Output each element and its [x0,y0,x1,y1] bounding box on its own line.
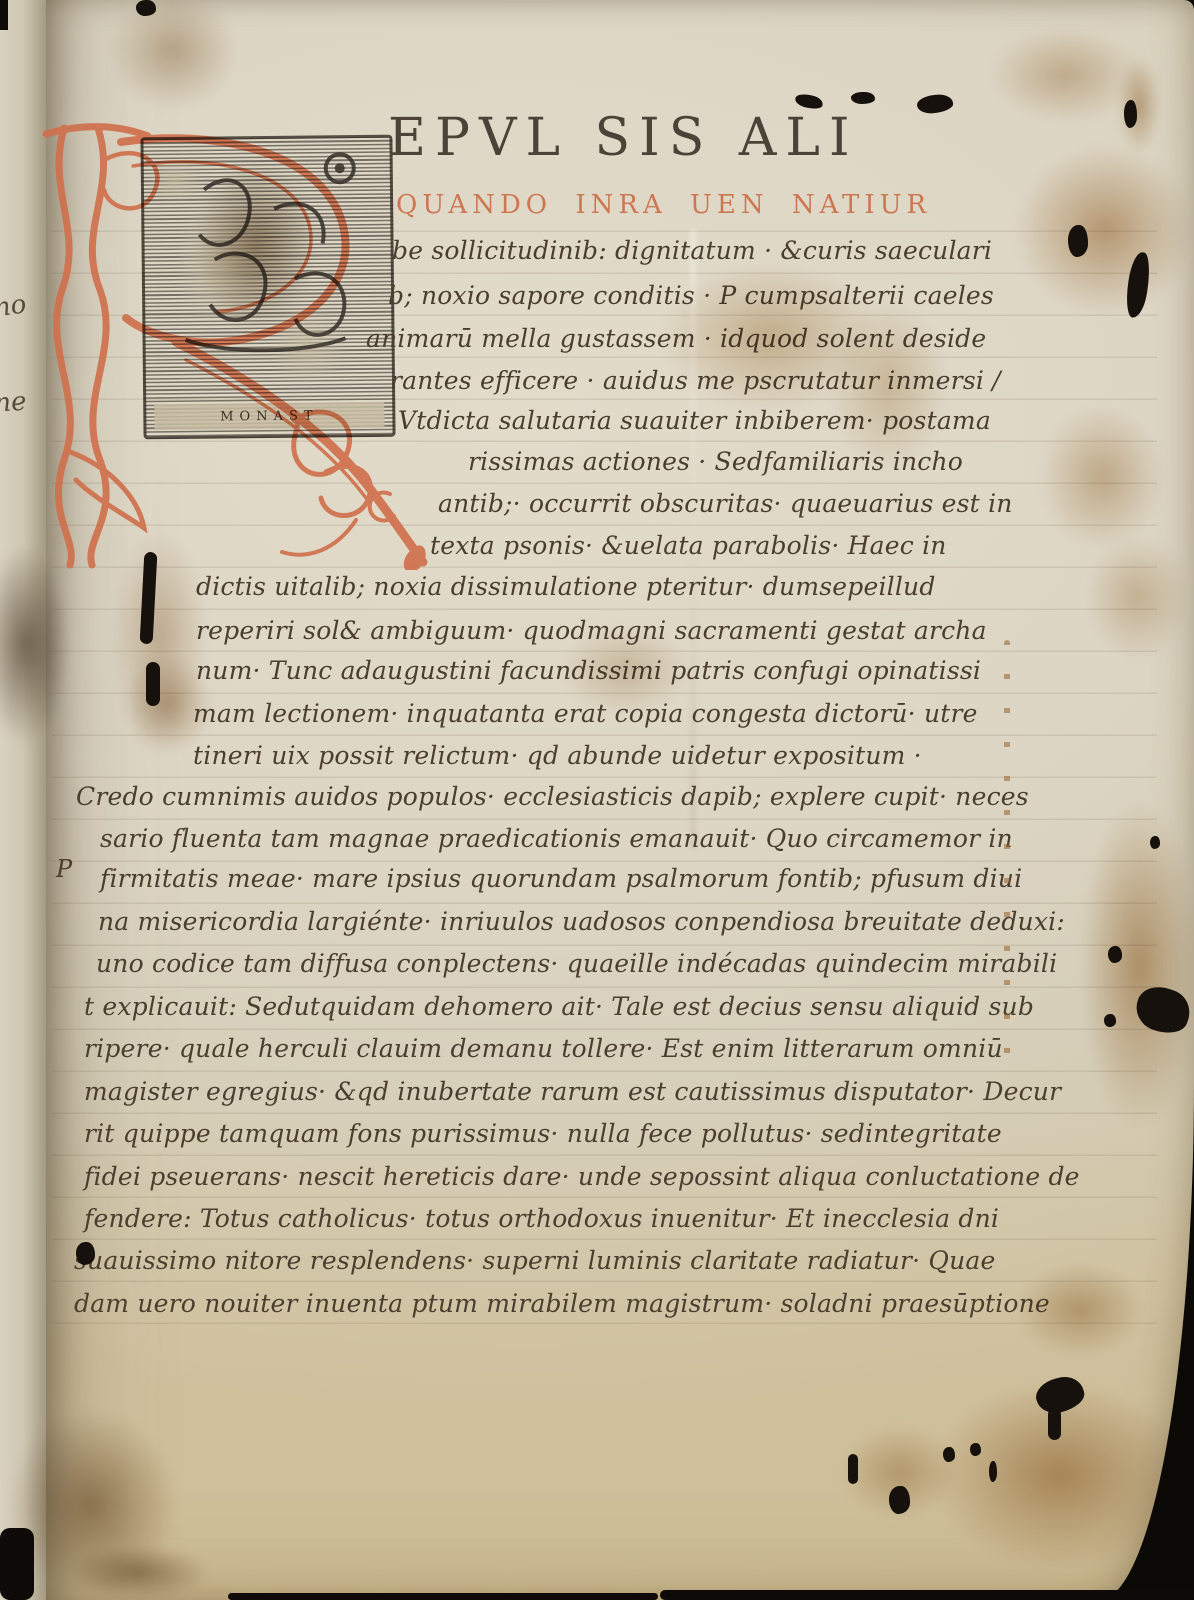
manuscript-line: dam uero nouiter inuenta ptum mirabilem … [74,1289,1050,1318]
incipit-title: EPVL SIS ALI [388,108,859,168]
manuscript-line: dictis uitalib; noxia dissimulatione pte… [196,572,936,601]
stain [1015,1262,1145,1357]
stain [1040,405,1165,550]
manuscript-line: rit quippe tamquam fons purissimus· null… [84,1119,1002,1148]
manuscript-line: t explicauit: Sedutquidam dehomero ait· … [84,992,1034,1021]
ink-blot [146,662,160,706]
ink-blot [1104,1014,1116,1027]
ink-blot [1150,836,1160,849]
manuscript-line: antib;· occurrit obscuritas· quaeuarius … [438,489,1013,518]
manuscript-line: na misericordia largiénte· inriuulos uad… [98,907,1065,936]
manuscript-line: texta psonis· &uelata parabolis· Haec in [430,531,947,560]
manuscript-line: fidei pseuerans· nescit hereticis dare· … [84,1162,1080,1191]
ink-blot [989,1461,997,1482]
ink-blot [1108,946,1122,963]
manuscript-line: uno codice tam diffusa conplectens· quae… [96,949,1057,978]
manuscript-page-photo: mo ine MONAST [0,0,1194,1600]
manuscript-line: fendere: Totus catholicus· totus orthodo… [84,1204,999,1233]
facing-page-text-fragment: mo [0,289,28,324]
page-edge-shadow [0,1528,34,1600]
stain [1015,145,1194,315]
ink-blot [848,1454,858,1484]
manuscript-line: suauissimo nitore resplendens· superni l… [74,1246,996,1275]
stain [560,625,690,715]
stain [122,655,212,755]
page-edge-shadow [228,1593,658,1600]
stamp-caption-band: MONAST [154,402,384,430]
ink-blot [76,1242,95,1265]
ink-blot [889,1486,910,1514]
ink-blot [1068,225,1088,257]
margin-paragraph-mark: P [56,855,72,883]
rubric-line: QUANDO INRA UEN NATIUR [396,190,931,220]
manuscript-line: sario fluenta tam magnae praedicationis … [100,824,1013,853]
stain [70,1545,210,1600]
stain [1085,535,1190,660]
manuscript-line: firmitatis meae· mare ipsius quorundam p… [100,864,1022,893]
ink-blot [136,0,156,16]
page-edge-shadow [0,0,8,30]
manuscript-line: be sollicitudinib: dignitatum · &curis s… [392,236,992,265]
ink-blot [970,1443,981,1456]
manuscript-line: ripere· quale herculi clauim demanu toll… [84,1034,1003,1063]
page-edge-shadow [660,1590,1194,1600]
prick-marks [1004,640,1010,1080]
ink-blot [1124,100,1137,128]
stain [196,160,316,330]
facing-page-text-fragment: ine [0,387,27,420]
ink-blot [943,1447,955,1462]
manuscript-line: tineri uix possit relictum· qd abunde ui… [193,741,922,770]
manuscript-line: magister egregius· &qd inubertate rarum … [84,1077,1061,1106]
stamp-caption: MONAST [220,408,318,424]
stain [828,300,948,470]
manuscript-line: Credo cumnimis auidos populos· ecclesias… [76,782,1029,811]
ink-blot [851,92,875,104]
stain [1080,800,1194,1130]
ink-blot [1048,1408,1061,1440]
